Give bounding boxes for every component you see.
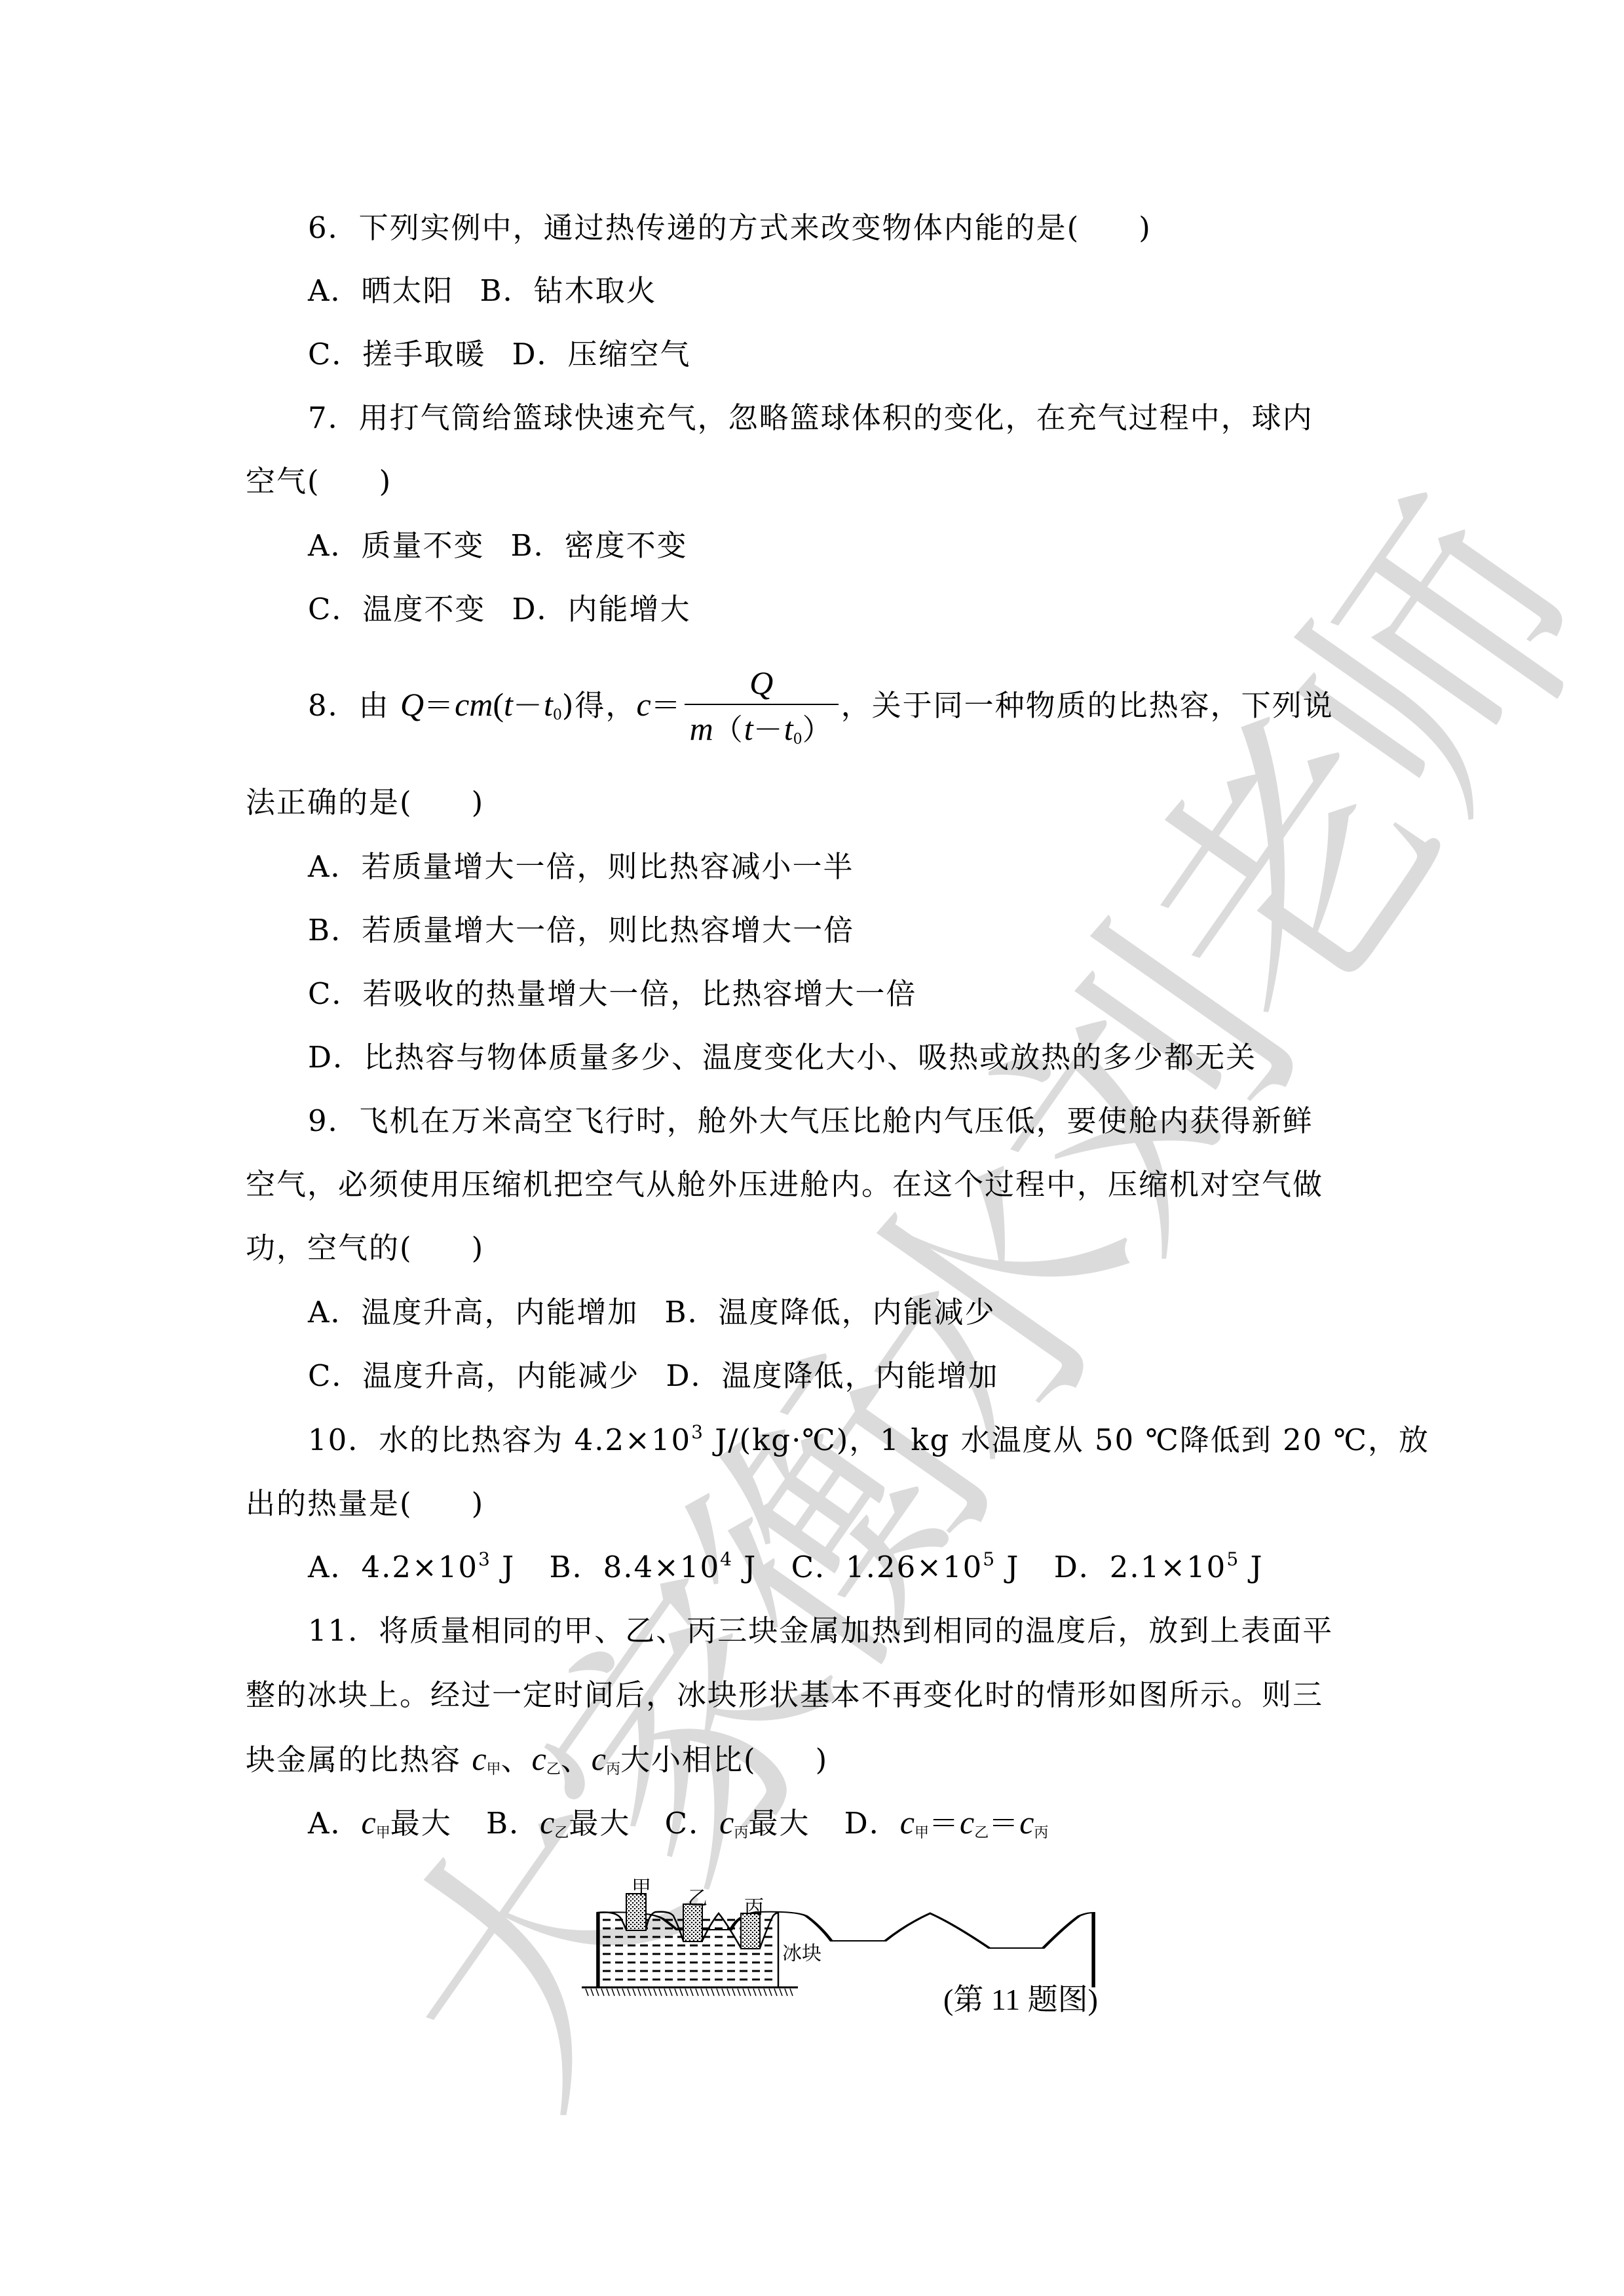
q8-frac-num-Q: Q xyxy=(749,664,773,701)
q9-option-c: C．温度升高，内能减少 xyxy=(308,1358,639,1393)
q8-frac-t0: t xyxy=(784,710,793,747)
question-11-options: A．c甲最大 B．c乙最大 C．c丙最大 D．c甲＝c乙＝c丙 xyxy=(308,1803,1048,1853)
q8-var-cm: cm xyxy=(455,686,493,723)
q10-c-base: C．1.26×10 xyxy=(791,1550,983,1584)
q8-frac-close: ） xyxy=(803,712,833,747)
q11-c-label: C． xyxy=(665,1806,719,1841)
question-9-stem-line2: 空气，必须使用压缩机把空气从舱外压进舱内。在这个过程中，压缩机对空气做 xyxy=(246,1165,1323,1204)
q8-var-t0: t xyxy=(544,686,553,723)
q9-option-a: A．温度升高，内能增加 xyxy=(308,1295,639,1330)
q8-paren-close: )得， xyxy=(562,688,637,723)
q8-frac-open: （ xyxy=(713,712,744,747)
q11-d-eq2: ＝ xyxy=(989,1806,1019,1841)
q10-d-unit: J xyxy=(1239,1550,1263,1584)
question-7-stem-line2: 空气() xyxy=(246,462,392,501)
label-jia: 甲 xyxy=(632,1871,651,1900)
question-7-options-cd: C．温度不变D．内能增大 xyxy=(308,590,691,629)
q11-d-c3: c xyxy=(1019,1804,1034,1841)
question-9-stem-line1: 9．飞机在万米高空飞行时，舱外大气压比舱内气压低，要使舱内获得新鲜 xyxy=(308,1101,1313,1141)
question-10-stem-line2: 出的热量是() xyxy=(246,1484,484,1523)
q8-option-a: A．若质量增大一倍，则比热容减小一半 xyxy=(308,847,854,887)
q11-b-sub: 乙 xyxy=(554,1825,569,1841)
q11-option-a: A．c甲最大 xyxy=(308,1806,452,1841)
question-9-options-ab: A．温度升高，内能增加B．温度降低，内能减少 xyxy=(308,1293,996,1332)
q8-paren-open: ( xyxy=(493,686,504,723)
q9-close: ) xyxy=(472,1231,485,1265)
q9-stem3-text: 功，空气的( xyxy=(246,1231,413,1265)
q8-option-b: B．若质量增大一倍，则比热容增大一倍 xyxy=(308,911,854,950)
q11-c-yi: c xyxy=(532,1740,546,1777)
q11-d-sub2: 乙 xyxy=(974,1825,989,1841)
q8-frac-t: t xyxy=(744,710,753,747)
q10-option-c: C．1.26×105 J xyxy=(791,1550,1020,1584)
q8-frac-numerator: Q xyxy=(685,663,839,704)
question-9-options-cd: C．温度升高，内能减少D．温度降低，内能增加 xyxy=(308,1356,999,1396)
q10-b-base: B．8.4×10 xyxy=(550,1550,721,1584)
q6-option-a: A．晒太阳 xyxy=(308,273,454,308)
q10-stem-exp: 3 xyxy=(691,1421,704,1443)
q11-close: ) xyxy=(816,1742,829,1777)
q10-c-exp: 5 xyxy=(983,1548,996,1570)
q10-b-exp: 4 xyxy=(720,1548,733,1570)
q11-d-c2: c xyxy=(960,1804,974,1841)
q10-stem-a: 10．水的比热容为 4.2×10 xyxy=(308,1423,691,1457)
q11-sub-jia: 甲 xyxy=(487,1761,501,1778)
q11-c-jia: c xyxy=(472,1740,486,1777)
q11-sub-yi: 乙 xyxy=(546,1761,561,1778)
q8-frac-minus: － xyxy=(753,712,784,747)
q8-frac-bar xyxy=(685,704,839,705)
q8-option-d: D．比热容与物体质量多少、温度变化大小、吸热或放热的多少都无关 xyxy=(308,1038,1256,1077)
q8-eq2: ＝ xyxy=(651,688,682,723)
q11-b-text: 最大 xyxy=(569,1806,630,1841)
q10-a-unit: J xyxy=(491,1550,515,1584)
q10-d-exp: 5 xyxy=(1226,1548,1239,1570)
q8-frac-denominator: m（t－t0） xyxy=(685,709,839,759)
q8-minus: － xyxy=(513,688,544,723)
q7-option-b: B．密度不变 xyxy=(511,528,688,563)
q7-option-a: A．质量不变 xyxy=(308,528,485,563)
label-yi: 乙 xyxy=(688,1882,708,1911)
q10-stem2-text: 出的热量是( xyxy=(246,1486,413,1521)
q11-stem3-a: 块金属的比热容 xyxy=(246,1742,461,1777)
q10-option-b: B．8.4×104 J xyxy=(550,1550,757,1584)
label-bing: 丙 xyxy=(744,1891,764,1920)
q11-option-d: D．c甲＝c乙＝c丙 xyxy=(844,1806,1049,1841)
q8-eq1: ＝ xyxy=(424,688,455,723)
q8-prefix: 8．由 xyxy=(308,688,390,723)
q10-option-a: A．4.2×103 J xyxy=(308,1550,515,1584)
q11-b-label: B． xyxy=(486,1806,540,1841)
document-page: 大家衡水刘老师 6．下列实例中，通过热传递的方式来改变物体内能的是() A．晒太… xyxy=(0,0,1624,2296)
q10-option-d: D．2.1×105 J xyxy=(1054,1550,1264,1584)
q10-b-unit: J xyxy=(733,1550,757,1584)
q11-option-c: C．c丙最大 xyxy=(665,1806,810,1841)
q6-option-b: B．钻木取火 xyxy=(480,273,657,308)
q7-option-c: C．温度不变 xyxy=(308,592,485,626)
ground-hatch xyxy=(586,1989,793,1996)
question-9-stem-line3: 功，空气的() xyxy=(246,1229,484,1268)
q11-d-label: D． xyxy=(844,1806,900,1841)
q8-suffix: ，关于同一种物质的比热容，下列说 xyxy=(841,688,1334,723)
q6-close: ) xyxy=(1139,210,1152,245)
q8-var-t: t xyxy=(504,686,513,723)
question-11-stem-line2: 整的冰块上。经过一定时间后，冰块形状基本不再变化时的情形如图所示。则三 xyxy=(246,1675,1323,1715)
q11-d-sub1: 甲 xyxy=(915,1825,929,1841)
question-7-stem-line1: 7．用打气筒给篮球快速充气，忽略篮球体积的变化，在充气过程中，球内 xyxy=(308,398,1313,438)
q7-stem2-text: 空气( xyxy=(246,464,320,499)
question-10-options: A．4.2×103 J B．8.4×104 J C．1.26×105 J D．2… xyxy=(308,1548,1263,1587)
q10-d-base: D．2.1×10 xyxy=(1054,1550,1227,1584)
q7-close: ) xyxy=(379,464,392,499)
q9-option-d: D．温度降低，内能增加 xyxy=(666,1358,998,1393)
q10-c-unit: J xyxy=(996,1550,1019,1584)
q11-c-c: c xyxy=(719,1804,734,1841)
q10-a-exp: 3 xyxy=(478,1548,491,1570)
question-8-stem-line2: 法正确的是() xyxy=(246,783,484,822)
question-7-options-ab: A．质量不变B．密度不变 xyxy=(308,526,688,565)
question-11-stem-line3: 块金属的比热容 c甲、c乙、c丙大小相比() xyxy=(246,1739,828,1789)
q8-var-Q: Q xyxy=(400,686,424,723)
q8-option-c: C．若吸收的热量增大一倍，比热容增大一倍 xyxy=(308,974,916,1014)
q8-var-c: c xyxy=(636,686,651,723)
q7-option-d: D．内能增大 xyxy=(512,592,690,626)
q8-frac-m: m xyxy=(690,710,713,747)
q11-stem3-b: 大小相比( xyxy=(620,1742,757,1777)
q11-a-c: c xyxy=(362,1804,376,1841)
label-ice-block: 冰块 xyxy=(782,1937,821,1966)
q8-frac-sub0: 0 xyxy=(793,731,803,748)
q11-d-c1: c xyxy=(900,1804,915,1841)
q6-option-c: C．搓手取暖 xyxy=(308,337,485,372)
question-11-stem-line1: 11．将质量相同的甲、乙、丙三块金属加热到相同的温度后，放到上表面平 xyxy=(308,1611,1333,1651)
q8-fraction: Q m（t－t0） xyxy=(685,663,839,748)
q9-option-b: B．温度降低，内能减少 xyxy=(665,1295,996,1330)
q11-c-sub: 丙 xyxy=(734,1825,748,1841)
question-6-options-cd: C．搓手取暖D．压缩空气 xyxy=(308,335,691,374)
q11-c-text: 最大 xyxy=(748,1806,810,1841)
q6-option-d: D．压缩空气 xyxy=(512,337,690,372)
figure-caption: (第 11 题图) xyxy=(943,1976,1098,2019)
q6-stem-text: 6．下列实例中，通过热传递的方式来改变物体内能的是( xyxy=(308,210,1080,245)
question-6-stem: 6．下列实例中，通过热传递的方式来改变物体内能的是() xyxy=(308,208,1152,248)
q11-d-eq1: ＝ xyxy=(929,1806,960,1841)
q11-c-bing: c xyxy=(592,1740,606,1777)
q8-stem2-text: 法正确的是( xyxy=(246,785,413,820)
q8-close: ) xyxy=(472,785,485,820)
question-10-stem-line1: 10．水的比热容为 4.2×103 J/(kg·℃)，1 kg 水温度从 50 … xyxy=(308,1421,1429,1460)
q8-sub0: 0 xyxy=(553,707,562,723)
q11-a-label: A． xyxy=(308,1806,362,1841)
question-8-stem-line1: 8．由 Q＝cm(t－t0)得，c＝ Q m（t－t0） ，关于同一种物质的比热… xyxy=(308,662,1334,758)
q11-sep1: 、 xyxy=(501,1742,532,1777)
q11-a-sub: 甲 xyxy=(376,1825,390,1841)
q11-sep2: 、 xyxy=(561,1742,592,1777)
q10-a-base: A．4.2×10 xyxy=(308,1550,478,1584)
q10-stem-b: J/(kg·℃)，1 kg 水温度从 50 ℃降低到 20 ℃，放 xyxy=(704,1423,1429,1457)
q11-option-b: B．c乙最大 xyxy=(486,1806,630,1841)
question-6-options-ab: A．晒太阳B．钻木取火 xyxy=(308,271,657,311)
q11-b-c: c xyxy=(540,1804,554,1841)
q11-d-sub3: 丙 xyxy=(1034,1825,1048,1841)
q10-close: ) xyxy=(472,1486,485,1521)
q11-sub-bing: 丙 xyxy=(606,1761,620,1778)
q11-a-text: 最大 xyxy=(390,1806,452,1841)
